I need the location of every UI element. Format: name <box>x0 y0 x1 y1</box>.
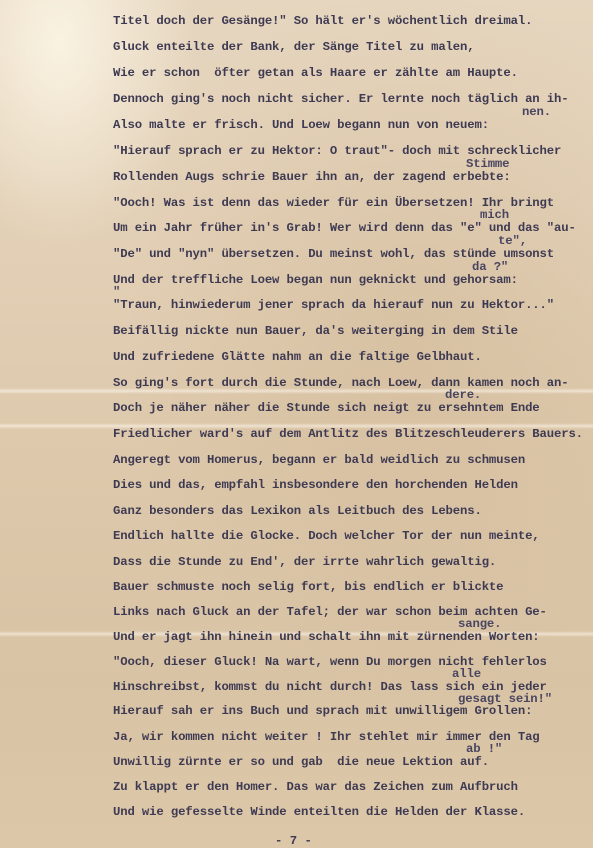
text-line: Angeregt vom Homerus, begann er bald wei… <box>113 453 525 467</box>
text-line: Hierauf sah er ins Buch und sprach mit u… <box>113 704 532 718</box>
interlinear-note: mich <box>480 208 509 222</box>
text-line: So ging's fort durch die Stunde, nach Lo… <box>113 376 568 390</box>
text-line: Und wie gefesselte Winde enteilten die H… <box>113 805 525 819</box>
text-line: Dies und das, empfahl insbesondere den h… <box>113 478 518 492</box>
text-line: Zu klappt er den Homer. Das war das Zeic… <box>113 780 518 794</box>
interlinear-note: nen. <box>522 105 551 119</box>
interlinear-note: te", <box>498 234 527 248</box>
interlinear-note: dere. <box>445 388 481 402</box>
interlinear-note: sange. <box>458 617 501 631</box>
text-line: "Ooch, dieser Gluck! Na wart, wenn Du mo… <box>113 655 547 669</box>
text-line: Und zufriedene Glätte nahm an die faltig… <box>113 350 482 364</box>
interlinear-note: " <box>113 285 120 299</box>
text-line: Dennoch ging's noch nicht sicher. Er ler… <box>113 92 568 106</box>
interlinear-note: da ?" <box>472 260 508 274</box>
text-line: Doch je näher näher die Stunde sich neig… <box>113 401 540 415</box>
interlinear-note: alle <box>452 667 481 681</box>
text-line: Friedlicher ward's auf dem Antlitz des B… <box>113 427 583 441</box>
interlinear-note: Stimme <box>466 157 509 171</box>
text-line: Und der treffliche Loew began nun geknic… <box>113 273 518 287</box>
text-line: Unwillig zürnte er so und gab die neue L… <box>113 755 489 769</box>
text-line: "Hierauf sprach er zu Hektor: O traut"- … <box>113 144 561 158</box>
text-line: Und er jagt ihn hinein und schalt ihn mi… <box>113 630 540 644</box>
text-line: Gluck enteilte der Bank, der Sänge Titel… <box>113 40 474 54</box>
text-line: Ganz besonders das Lexikon als Leitbuch … <box>113 504 482 518</box>
text-line: Dass die Stunde zu End', der irrte wahrl… <box>113 555 496 569</box>
text-line: Beifällig nickte nun Bauer, da's weiterg… <box>113 324 518 338</box>
text-line: Also malte er frisch. Und Loew begann nu… <box>113 118 489 132</box>
page-number: - 7 - <box>275 834 312 848</box>
text-line: Titel doch der Gesänge!" So hält er's wö… <box>113 14 532 28</box>
text-line: Endlich hallte die Glocke. Doch welcher … <box>113 529 540 543</box>
text-line: "Traun, hinwiederum jener sprach da hier… <box>113 298 554 312</box>
typewritten-page: Titel doch der Gesänge!" So hält er's wö… <box>0 0 593 848</box>
text-line: Wie er schon öfter getan als Haare er zä… <box>113 66 518 80</box>
text-line: Rollenden Augs schrie Bauer ihn an, der … <box>113 170 511 184</box>
text-line: Bauer schmuste noch selig fort, bis endl… <box>113 580 503 594</box>
text-line: Um ein Jahr früher in's Grab! Wer wird d… <box>113 221 576 235</box>
text-line: "De" und "nyn" übersetzen. Du meinst woh… <box>113 247 554 261</box>
interlinear-note: ab !" <box>466 742 502 756</box>
